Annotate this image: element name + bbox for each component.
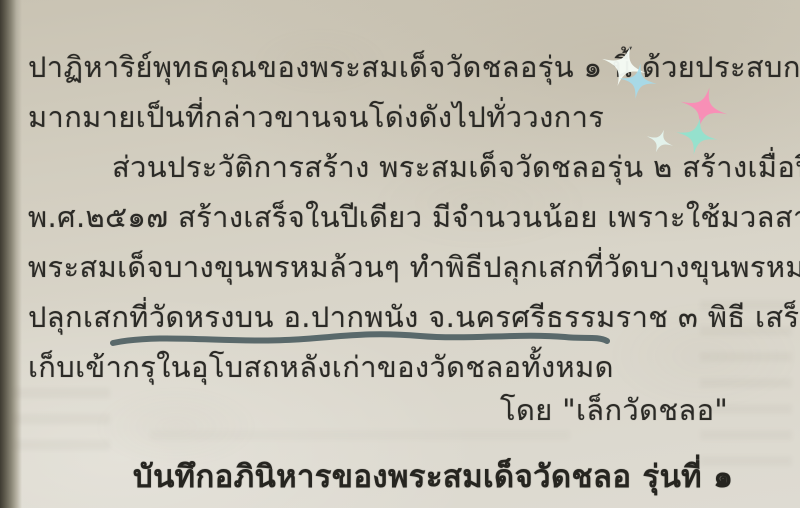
paragraph-line-2: มากมายเป็นที่กล่าวขานจนโด่งดังไปทั่ววงกา…	[28, 95, 604, 139]
paragraph-line-6: ปลุกเสกที่วัดหรงบน อ.ปากพนัง จ.นครศรีธรร…	[28, 295, 800, 339]
paragraph-line-5: พระสมเด็จบางขุนพรหมล้วนๆ ทำพิธีปลุกเสกที…	[28, 245, 800, 289]
paragraph-line-3: ส่วนประวัติการสร้าง พระสมเด็จวัดชลอรุ่น …	[112, 145, 800, 189]
paragraph-line-4: พ.ศ.๒๕๑๗ สร้างเสร็จในปีเดียว มีจำนวนน้อย…	[28, 195, 800, 239]
paragraph-line-1: ปาฏิหาริย์พุทธคุณของพระสมเด็จวัดชลอรุ่น …	[28, 45, 800, 89]
section-heading: บันทึกอภินิหารของพระสมเด็จวัดชลอ รุ่นที่…	[133, 455, 733, 499]
book-spine-shadow	[0, 0, 22, 508]
byline: โดย "เล็กวัดชลอ"	[500, 388, 728, 432]
paragraph-line-7: เก็บเข้ากรุในอุโบสถหลังเก่าของวัดชลอทั้ง…	[28, 345, 614, 389]
